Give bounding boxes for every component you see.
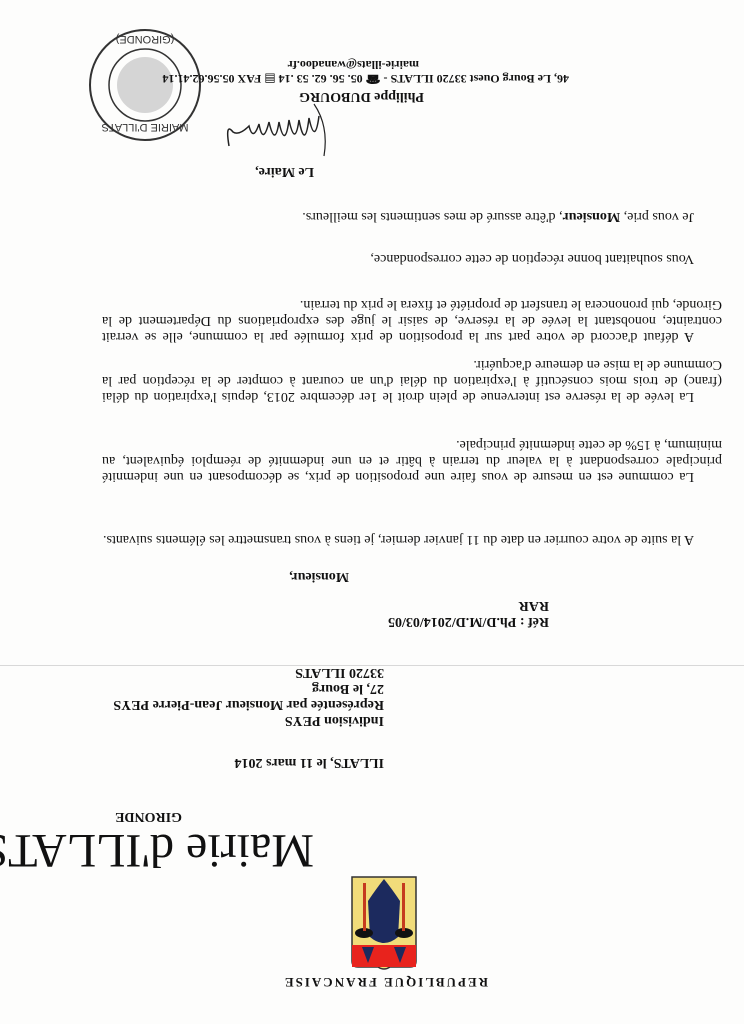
coat-of-arms-icon: [348, 873, 420, 971]
delivery-mode: RAR: [388, 597, 549, 613]
paragraph-reception: Vous souhaitant bonne réception de cette…: [102, 250, 722, 266]
footer-address: 46, Le Bourg Ouest 33720 ILLATS - ☎ 05. …: [162, 72, 569, 86]
page-title: Mairie d'ILLATS: [0, 826, 314, 874]
svg-text:(GIRONDE): (GIRONDE): [116, 33, 175, 45]
reference-block: Réf : Ph.D/M.D/2014/03/05 RAR: [388, 597, 549, 629]
recipient-line: 27, le Bourg: [113, 680, 384, 696]
recipient-line: Représentée par Monsieur Jean-Pierre PEY…: [113, 696, 384, 712]
place-date: ILLATS, le 11 mars 2014: [235, 754, 384, 770]
signature-icon: [199, 96, 329, 166]
republic-label: REPUBLIQUE FRANCAISE: [283, 974, 488, 990]
footer-contact: 46, Le Bourg Ouest 33720 ILLATS - ☎ 05. …: [162, 58, 569, 86]
footer-email: mairie-illats@wanadoo.fr: [162, 58, 569, 72]
svg-text:MAIRIE D'ILLATS: MAIRIE D'ILLATS: [102, 121, 189, 133]
paragraph-intro: A la suite de votre courrier en date du …: [102, 531, 722, 547]
salutation: Monsieur,: [289, 568, 349, 584]
paragraph-reserve: La levée de la réserve est intervenue de…: [102, 356, 722, 404]
signatory-name: Philippe DUBOURG: [299, 88, 424, 104]
reference: Réf : Ph.D/M.D/2014/03/05: [388, 613, 549, 629]
recipient-address: Indivision PEYS Représentée par Monsieur…: [113, 664, 384, 728]
paragraph-proposal: La commune est en mesure de vous faire u…: [102, 436, 722, 484]
closing-formula: Je vous prie, Monsieur, d'être assuré de…: [102, 208, 722, 224]
recipient-line: Indivision PEYS: [113, 712, 384, 728]
department-label: GIRONDE: [115, 808, 182, 824]
recipient-line: 33720 ILLATS: [113, 664, 384, 680]
fold-line: [0, 665, 744, 666]
letter-page: REPUBLIQUE FRANCAISE Mairie d'ILLATS GIR…: [0, 0, 744, 1024]
paragraph-expropriation: A défaut d'accord de votre part sur la p…: [102, 296, 722, 344]
